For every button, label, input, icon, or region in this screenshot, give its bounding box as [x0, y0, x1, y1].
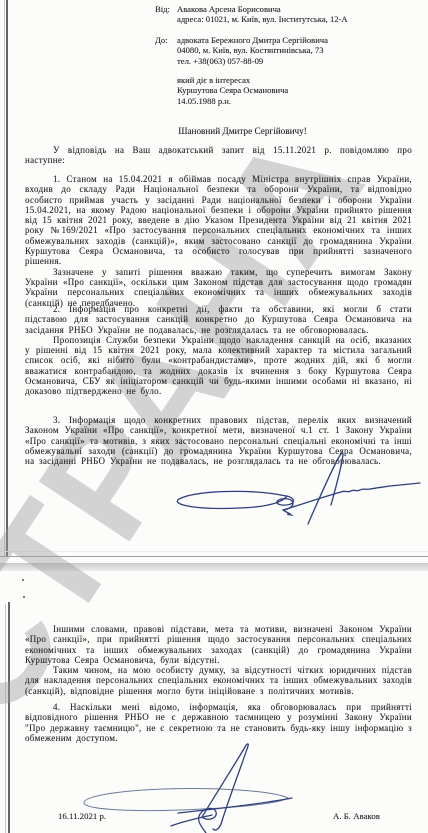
section-2-block: 2. Інформація про конкретні дії, факти т…	[25, 304, 412, 397]
scan-edge-line-dark-p1	[6, 0, 8, 556]
to-phone: тел. +38(063) 057-88-09	[177, 56, 385, 66]
intro-block: У відповідь на Ваш адвокатський запит ві…	[25, 145, 412, 166]
from-label: Від:	[155, 4, 170, 14]
paragraph-2b: Пропозиція Служби безпеки України щодо н…	[25, 335, 412, 397]
acting-for-line3: 14.05.1988 р.н.	[177, 96, 387, 106]
acting-for-line2: Куршутова Сеяра Османовича	[177, 85, 387, 95]
from-name: Авакова Арсена Борисовича	[177, 4, 385, 14]
salutation: Шановний Дмитре Сергійовичу!	[25, 126, 428, 136]
to-name: адвоката Бережного Дмитра Сергійовича	[177, 35, 385, 45]
page-seam-shadow-band	[0, 563, 428, 571]
scan-edge-line-light-p2	[5, 604, 6, 833]
paragraph-4b: Таким чином, на мою особисту думку, за в…	[25, 665, 412, 696]
footer-signer: А. Б. Аваков	[333, 811, 380, 821]
paragraph-4: Іншими словами, правові підстави, мета т…	[25, 624, 412, 665]
scan-edge-line-dark-p2	[8, 602, 10, 833]
acting-for-line1: який діє в інтересах	[177, 75, 387, 85]
scanned-letter-page: СТРАНА Від: Авакова Арсена Борисовича ад…	[0, 0, 428, 833]
scan-edge-line-light-p1	[4, 0, 5, 556]
paragraph-1: 1. Станом на 15.04.2021 я обіймав посаду…	[25, 174, 412, 267]
header-from: Від: Авакова Арсена Борисовича адреса: 0…	[155, 4, 385, 25]
scan-speck-1	[22, 579, 24, 581]
header-to: До: адвоката Бережного Дмитра Сергійович…	[155, 35, 385, 66]
section-4-block: Іншими словами, правові підстави, мета т…	[25, 624, 412, 696]
header-acting-for: який діє в інтересах Куршутова Сеяра Осм…	[177, 75, 387, 106]
paragraph-2: 2. Інформація про конкретні дії, факти т…	[25, 304, 412, 335]
to-label: До:	[155, 35, 168, 45]
to-address: 04080, м. Київ, вул. Костянтинівська, 73	[177, 45, 385, 55]
signature-avakov-page2	[78, 736, 308, 833]
scan-speck-2	[23, 596, 25, 598]
paragraph-1b: Зазначене у запиті рішення вважаю таким,…	[25, 267, 412, 308]
signature-avakov-page1	[168, 447, 428, 532]
paragraph-intro: У відповідь на Ваш адвокатський запит ві…	[25, 145, 412, 166]
page-seam-hairline	[0, 556, 428, 557]
section-1-block: 1. Станом на 15.04.2021 я обіймав посаду…	[25, 174, 412, 308]
signature-arrow-tick	[287, 512, 294, 516]
from-address: адреса: 01021, м. Київ, вул. Інститутськ…	[177, 14, 385, 24]
page-seam-faint-line	[0, 551, 428, 552]
